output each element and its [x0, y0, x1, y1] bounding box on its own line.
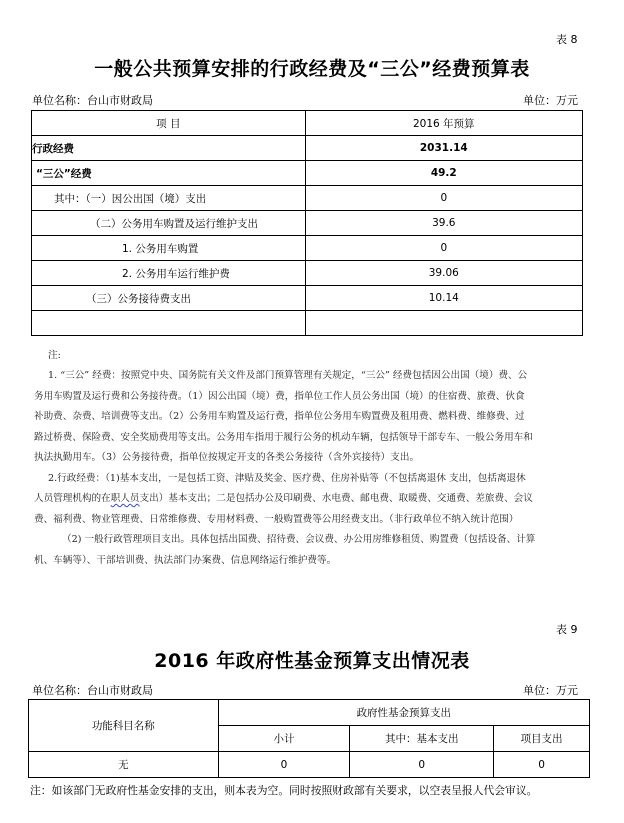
- row-item: 2. 公务用车运行维护费: [32, 261, 306, 286]
- unit-label: 单位：万元: [523, 92, 578, 108]
- table-row: （三）公务接待费支出 10.14: [32, 286, 583, 311]
- note-line: （2) 一般行政管理项目支出。具体包括出国费、招待费、会议费、办公用房维修租赁、…: [34, 530, 594, 551]
- table-row-empty: [32, 311, 583, 336]
- note-line: 机、车辆等）、干部培训费、执法部门办案费、信息网络运行维护费等。: [34, 551, 594, 572]
- note-line: 执法执勤用车。（3）公务接待费，指单位按规定开支的各类公务接待（含外宾接待）支出…: [34, 448, 594, 469]
- row-name: 无: [29, 752, 219, 778]
- table-row: （二）公务用车购置及运行维护支出 39.6: [32, 211, 583, 236]
- notes-block: 1. “三公” 经费：按照党中央、国务院有关文件及部门预算管理有关规定，“三公”…: [34, 366, 594, 571]
- page-title: 一般公共预算安排的行政经费及“三公”经费预算表: [0, 54, 624, 81]
- header-budget-2016: 2016 年预算: [305, 111, 582, 136]
- note-line: 路过桥费、保险费、安全奖励费用等支出。公务用车指用于履行公务的机动车辆，包括领导…: [34, 428, 594, 449]
- row-value: 49.2: [305, 161, 582, 186]
- fund-budget-table: 功能科目名称 政府性基金预算支出 小计 其中：基本支出 项目支出 无 0 0 0: [28, 699, 590, 778]
- budget-table: 项 目 2016 年预算 行政经费 2031.14 “三公”经费 49.2 其中…: [31, 110, 583, 336]
- table-row: 无 0 0 0: [29, 752, 590, 778]
- spellcheck-underline: 职人员: [111, 493, 140, 504]
- table-number-label: 表 9: [556, 621, 578, 637]
- row-value: 39.06: [305, 261, 582, 286]
- table-number-label: 表 8: [556, 31, 578, 47]
- note-line-with-spellcheck: 人员管理机构的在职人员支出）基本支出；二是包括办公及印刷费、水电费、邮电费、取暖…: [34, 489, 594, 510]
- row-item: （三）公务接待费支出: [32, 286, 306, 311]
- footnote: 注：如该部门无政府性基金安排的支出，则本表为空。同时按照财政部有关要求，以空表呈…: [30, 783, 537, 798]
- header-function-name: 功能科目名称: [29, 700, 219, 752]
- notes-heading: 注:: [48, 346, 61, 367]
- row-basic: 0: [350, 752, 494, 778]
- note-line: 1. “三公” 经费：按照党中央、国务院有关文件及部门预算管理有关规定，“三公”…: [34, 366, 594, 387]
- note-line: 补助费、杂费、培训费等支出。（2）公务用车购置及运行费，指单位公务用车购置费及租…: [34, 407, 594, 428]
- header-fund-group: 政府性基金预算支出: [218, 700, 589, 726]
- row-project: 0: [494, 752, 590, 778]
- table-header-row: 项 目 2016 年预算: [32, 111, 583, 136]
- row-value: 10.14: [305, 286, 582, 311]
- row-value: 0: [305, 236, 582, 261]
- row-value: 2031.14: [305, 136, 582, 161]
- header-basic: 其中：基本支出: [350, 726, 494, 752]
- note-line: 费、福利费、物业管理费、日常维修费、专用材料费、一般购置费等公用经费支出。（非行…: [34, 510, 594, 531]
- section-title: 2016 年政府性基金预算支出情况表: [0, 646, 624, 673]
- table-row: “三公”经费 49.2: [32, 161, 583, 186]
- row-item: 行政经费: [32, 136, 306, 161]
- note-line: 务用车购置及运行费和公务接待费。（1）因公出国（境）费，指单位工作人员公务出国（…: [34, 387, 594, 408]
- table-row: 其中：（一）因公出国（境）支出 0: [32, 186, 583, 211]
- row-value: 0: [305, 186, 582, 211]
- note-line: 2.行政经费：（1)基本支出，一是包括工资、津贴及奖金、医疗费、住房补贴等（不包…: [34, 469, 594, 490]
- row-item: 1. 公务用车购置: [32, 236, 306, 261]
- table-row: 1. 公务用车购置 0: [32, 236, 583, 261]
- unit-name-label: 单位名称：台山市财政局: [32, 92, 153, 108]
- header-project: 项目支出: [494, 726, 590, 752]
- unit-label: 单位：万元: [523, 682, 578, 698]
- header-subtotal: 小计: [218, 726, 350, 752]
- row-item: [32, 311, 306, 336]
- table-row: 2. 公务用车运行维护费 39.06: [32, 261, 583, 286]
- unit-name-label: 单位名称：台山市财政局: [32, 682, 153, 698]
- table-header-row: 功能科目名称 政府性基金预算支出: [29, 700, 590, 726]
- header-item: 项 目: [32, 111, 306, 136]
- row-value: 39.6: [305, 211, 582, 236]
- table-row: 行政经费 2031.14: [32, 136, 583, 161]
- row-value: [305, 311, 582, 336]
- row-item: （二）公务用车购置及运行维护支出: [32, 211, 306, 236]
- row-item: “三公”经费: [32, 161, 306, 186]
- row-item: 其中：（一）因公出国（境）支出: [32, 186, 306, 211]
- row-subtotal: 0: [218, 752, 350, 778]
